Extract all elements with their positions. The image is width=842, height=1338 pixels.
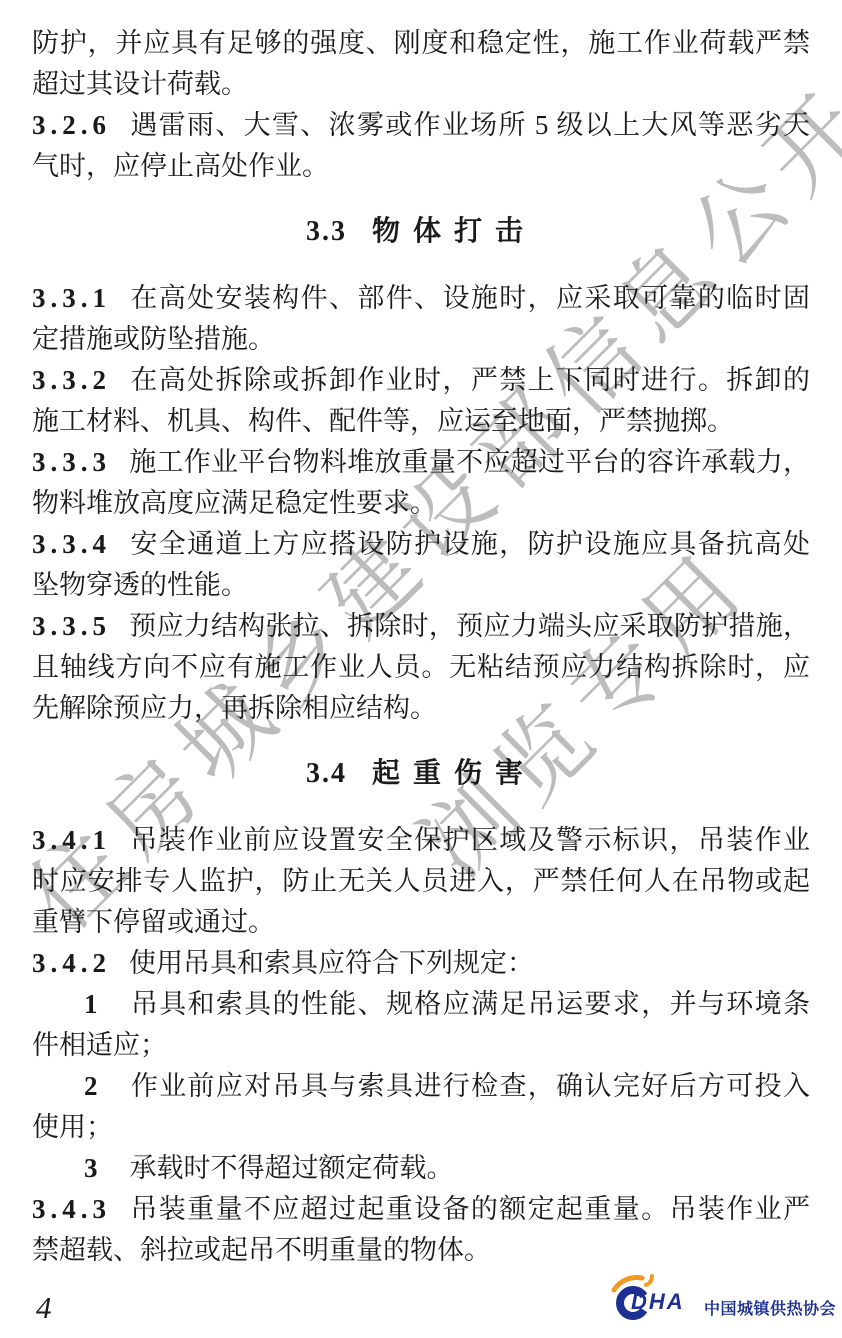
text-line: 1吊具和索具的性能、规格应满足吊运要求，并与环境条 — [32, 984, 810, 1025]
section-number: 3.4 — [306, 758, 347, 789]
text-line: 重臂下停留或通过。 — [32, 902, 810, 943]
clause-text: 超过其设计荷载。 — [32, 69, 248, 99]
text-line: 防护，并应具有足够的强度、刚度和稳定性，施工作业荷载严禁 — [32, 23, 810, 64]
text-line: 3.4.2使用吊具和索具应符合下列规定： — [32, 943, 810, 984]
clause-number: 3.4.3 — [32, 1194, 111, 1224]
clause-number: 2 — [84, 1071, 98, 1101]
text-line: 3.3.2在高处拆除或拆卸作业时，严禁上下同时进行。拆卸的 — [32, 360, 810, 401]
text-line: 先解除预应力，再拆除相应结构。 — [32, 688, 810, 729]
clause-text: 施工材料、机具、构件、配件等，应运至地面，严禁抛掷。 — [32, 406, 734, 436]
clause-text: 承载时不得超过额定荷载。 — [130, 1153, 454, 1183]
clause-text: 使用吊具和索具应符合下列规定： — [129, 948, 534, 978]
clause-text: 在高处拆除或拆卸作业时，严禁上下同时进行。拆卸的 — [129, 365, 810, 395]
text-line: 且轴线方向不应有施工作业人员。无粘结预应力结构拆除时，应 — [32, 647, 810, 688]
text-line: 2作业前应对吊具与索具进行检查，确认完好后方可投入 — [32, 1066, 810, 1107]
clause-text: 作业前应对吊具与索具进行检查，确认完好后方可投入 — [130, 1071, 811, 1101]
text-line: 3.4.3吊装重量不应超过起重设备的额定起重量。吊装作业严 — [32, 1189, 810, 1230]
text-line: 禁超载、斜拉或起吊不明重量的物体。 — [32, 1230, 810, 1271]
clause-number: 3.4.1 — [32, 825, 111, 855]
clause-number: 3.3.3 — [32, 447, 111, 477]
text-line: 3.4.1吊装作业前应设置安全保护区域及警示标识，吊装作业 — [32, 820, 810, 861]
section-heading: 3.4起重伤害 — [32, 753, 810, 794]
text-line: 时应安排专人监护，防止无关人员进入，严禁任何人在吊物或起 — [32, 861, 810, 902]
clause-number: 3 — [84, 1153, 98, 1183]
text-line: 使用； — [32, 1107, 810, 1148]
clause-number: 3.3.5 — [32, 611, 111, 641]
text-line: 气时，应停止高处作业。 — [32, 146, 810, 187]
text-line: 3承载时不得超过额定荷载。 — [32, 1148, 810, 1189]
text-line: 3.3.3施工作业平台物料堆放重量不应超过平台的容许承载力， — [32, 442, 810, 483]
clause-text: 时应安排专人监护，防止无关人员进入，严禁任何人在吊物或起 — [32, 866, 810, 896]
text-line: 件相适应； — [32, 1025, 810, 1066]
section-number: 3.3 — [306, 216, 347, 247]
clause-number: 1 — [84, 989, 98, 1019]
clause-text: 使用； — [32, 1112, 113, 1142]
text-line: 定措施或防坠措施。 — [32, 319, 810, 360]
clause-text: 物料堆放高度应满足稳定性要求。 — [32, 488, 437, 518]
text-line: 物料堆放高度应满足稳定性要求。 — [32, 483, 810, 524]
clause-number: 3.2.6 — [32, 110, 111, 140]
text-line: 3.3.4安全通道上方应搭设防护设施，防护设施应具备抗高处 — [32, 524, 810, 565]
clause-text: 且轴线方向不应有施工作业人员。无粘结预应力结构拆除时，应 — [32, 652, 810, 682]
text-line: 施工材料、机具、构件、配件等，应运至地面，严禁抛掷。 — [32, 401, 810, 442]
clause-text: 预应力结构张拉、拆除时，预应力端头应采取防护措施， — [129, 611, 810, 641]
clause-number: 3.3.1 — [32, 283, 111, 313]
page-number: 4 — [36, 1290, 52, 1326]
clause-text: 吊装作业前应设置安全保护区域及警示标识，吊装作业 — [129, 825, 810, 855]
clause-text: 吊具和索具的性能、规格应满足吊运要求，并与环境条 — [130, 989, 811, 1019]
text-line: 3.3.5预应力结构张拉、拆除时，预应力端头应采取防护措施， — [32, 606, 810, 647]
clause-text: 安全通道上方应搭设防护设施，防护设施应具备抗高处 — [129, 529, 810, 559]
document-content: 防护，并应具有足够的强度、刚度和稳定性，施工作业荷载严禁超过其设计荷载。3.2.… — [32, 23, 810, 1271]
text-line: 超过其设计荷载。 — [32, 64, 810, 105]
clause-number: 3.4.2 — [32, 948, 111, 978]
clause-text: 施工作业平台物料堆放重量不应超过平台的容许承载力， — [129, 447, 810, 477]
document-page: 住房城乡建设部信息公开 浏览专用 防护，并应具有足够的强度、刚度和稳定性，施工作… — [0, 0, 842, 1338]
clause-text: 在高处安装构件、部件、设施时，应采取可靠的临时固 — [129, 283, 810, 313]
clause-text: 气时，应停止高处作业。 — [32, 151, 329, 181]
section-heading: 3.3物体打击 — [32, 211, 810, 252]
dha-logo-org-name: 中国城镇供热协会 — [704, 1296, 836, 1319]
text-line: 3.2.6遇雷雨、大雪、浓雾或作业场所 5 级以上大风等恶劣天 — [32, 105, 810, 146]
clause-text: 件相适应； — [32, 1030, 167, 1060]
clause-text: 先解除预应力，再拆除相应结构。 — [32, 693, 437, 723]
dha-logo: DHA 中国城镇供热协会 — [608, 1274, 840, 1326]
clause-text: 禁超载、斜拉或起吊不明重量的物体。 — [32, 1235, 491, 1265]
section-title: 起重伤害 — [372, 758, 536, 789]
clause-text: 定措施或防坠措施。 — [32, 324, 275, 354]
clause-text: 遇雷雨、大雪、浓雾或作业场所 5 级以上大风等恶劣天 — [129, 110, 810, 140]
clause-number: 3.3.2 — [32, 365, 111, 395]
text-line: 3.3.1在高处安装构件、部件、设施时，应采取可靠的临时固 — [32, 278, 810, 319]
clause-text: 坠物穿透的性能。 — [32, 570, 248, 600]
text-line: 坠物穿透的性能。 — [32, 565, 810, 606]
clause-text: 吊装重量不应超过起重设备的额定起重量。吊装作业严 — [129, 1194, 810, 1224]
clause-text: 重臂下停留或通过。 — [32, 907, 275, 937]
dha-logo-text: DHA — [631, 1289, 685, 1315]
section-title: 物体打击 — [372, 216, 536, 247]
clause-text: 防护，并应具有足够的强度、刚度和稳定性，施工作业荷载严禁 — [32, 28, 810, 58]
clause-number: 3.3.4 — [32, 529, 111, 559]
